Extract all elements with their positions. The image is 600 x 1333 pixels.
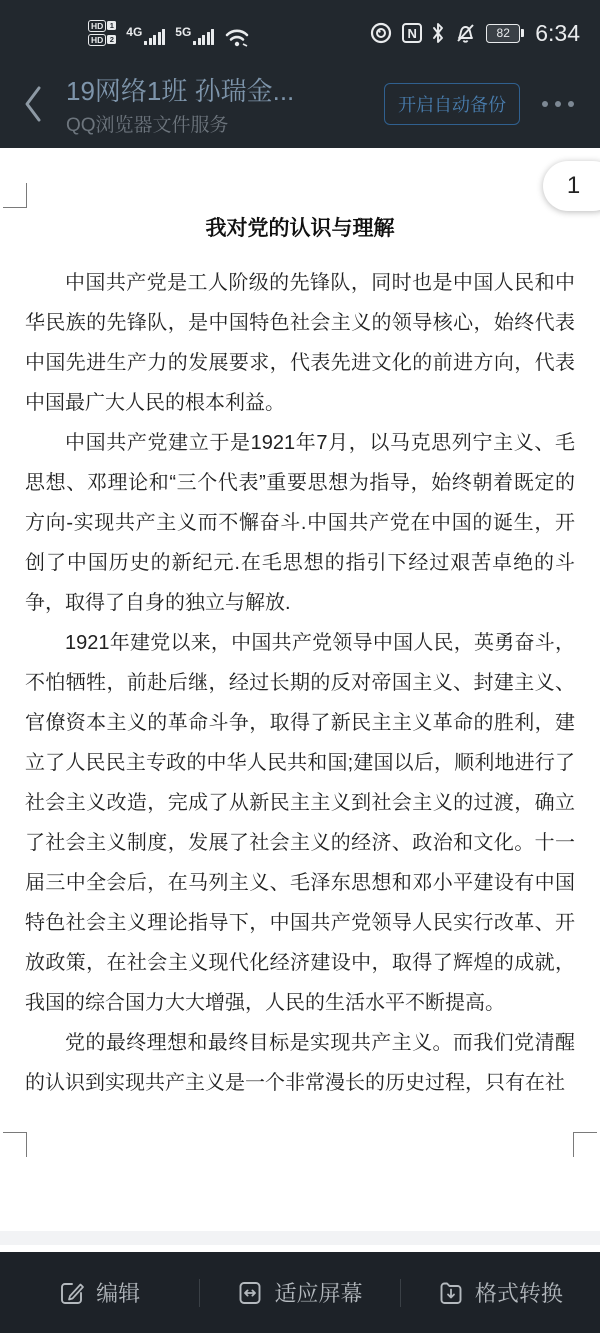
paragraph: 中国共产党是工人阶级的先锋队，同时也是中国人民和中华民族的先锋队，是中国特色社会… [25,263,575,423]
bluetooth-icon [431,22,445,44]
file-title: 19网络1班 孙瑞金... [66,71,384,108]
nfc-icon: N [402,23,422,43]
phone-screen: HD1 HD2 4G 5G N [0,0,600,1333]
chevron-left-icon [22,84,44,124]
document-title: 我对党的认识与理解 [25,212,575,242]
auto-backup-button[interactable]: 开启自动备份 [384,83,520,125]
hd2-label: HD [88,34,106,46]
format-convert-label: 格式转换 [475,1277,563,1308]
status-right: N 82 6:34 [369,20,580,47]
hd1-label: HD [88,20,106,32]
signal-bars-icon [144,29,165,45]
document-content: 我对党的认识与理解 中国共产党是工人阶级的先锋队，同时也是中国人民和中华民族的先… [0,148,600,1103]
signal-5g: 5G [175,25,214,47]
fit-screen-icon [237,1280,263,1306]
edit-button[interactable]: 编辑 [0,1252,199,1333]
battery-level: 82 [486,24,520,43]
dot-icon [542,101,548,107]
edit-label: 编辑 [96,1277,140,1308]
header-titles: 19网络1班 孙瑞金... QQ浏览器文件服务 [66,71,384,137]
mute-bell-icon [454,22,477,44]
app-header: 19网络1班 孙瑞金... QQ浏览器文件服务 开启自动备份 [0,60,600,148]
crop-mark-bottom-left [3,1132,27,1157]
status-left: HD1 HD2 4G 5G [88,20,250,47]
page-gap [0,1231,600,1245]
back-button[interactable] [22,79,52,129]
network-4g-label: 4G [126,25,142,39]
page-number-badge: 1 [543,161,600,211]
status-time: 6:34 [535,20,580,47]
format-convert-icon [438,1280,464,1306]
crop-mark-top-left [3,183,27,208]
fit-screen-label: 适应屏幕 [274,1277,362,1308]
signal-bars-icon [193,29,214,45]
status-bar: HD1 HD2 4G 5G N [0,0,600,60]
dot-icon [555,101,561,107]
paragraph: 党的最终理想和最终目标是实现共产主义。而我们党清醒的认识到实现共产主义是一个非常… [25,1023,575,1103]
volte-hd-icon: HD1 HD2 [88,20,116,46]
paragraph: 1921年建党以来，中国共产党领导中国人民，英勇奋斗，不怕牺牲，前赴后继，经过长… [25,623,575,1023]
bottom-toolbar: 编辑 适应屏幕 格式转换 [0,1252,600,1333]
format-convert-button[interactable]: 格式转换 [401,1252,600,1333]
hd1-sub: 1 [107,21,116,30]
hd2-sub: 2 [107,35,116,44]
wifi-icon [224,27,250,47]
edit-pencil-icon [59,1280,85,1306]
eye-comfort-icon [369,22,393,44]
crop-mark-bottom-right [573,1132,597,1157]
network-5g-label: 5G [175,25,191,39]
file-service-subtitle: QQ浏览器文件服务 [66,110,384,137]
dot-icon [568,101,574,107]
document-viewer[interactable]: 1 我对党的认识与理解 中国共产党是工人阶级的先锋队，同时也是中国人民和中华民族… [0,148,600,1252]
signal-4g: 4G [126,25,165,47]
paragraph: 中国共产党建立于是1921年7月，以马克思列宁主义、毛思想、邓理论和“三个代表”… [25,423,575,623]
more-menu-button[interactable] [538,91,578,117]
fit-screen-button[interactable]: 适应屏幕 [200,1252,399,1333]
battery-icon: 82 [486,24,524,43]
